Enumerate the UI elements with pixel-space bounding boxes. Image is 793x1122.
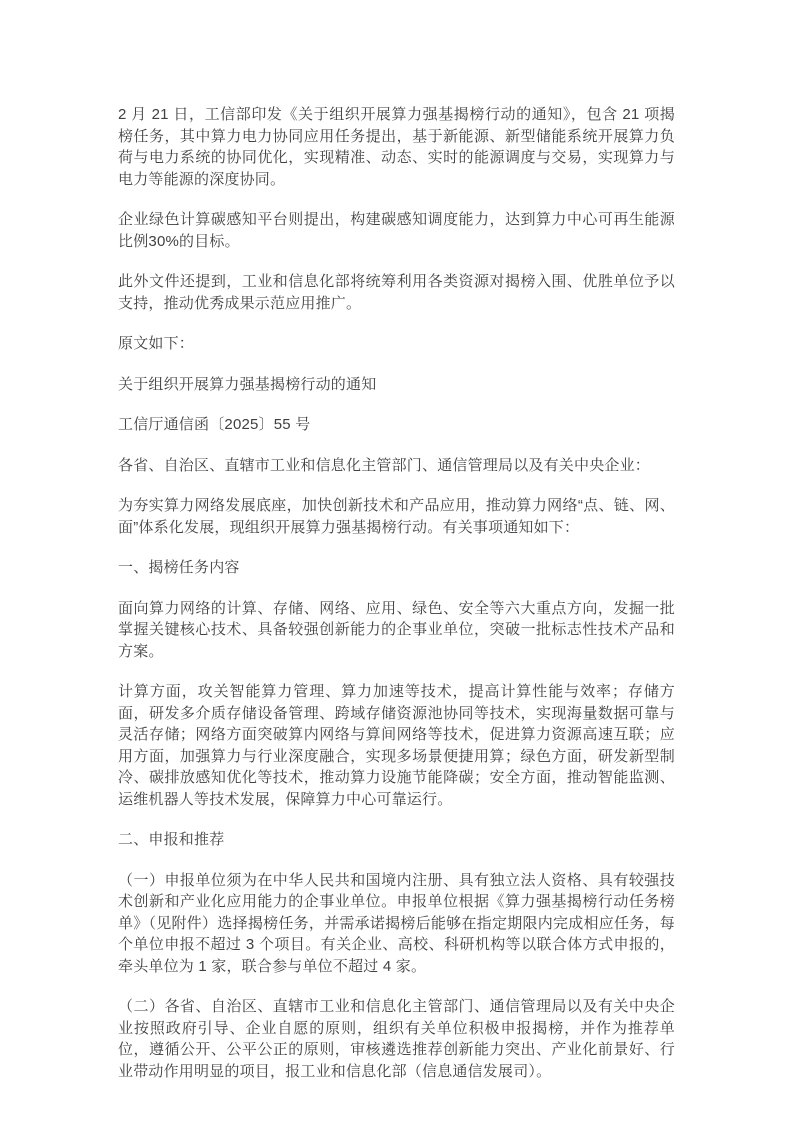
section-2-item-2: （二）各省、自治区、直辖市工业和信息化主管部门、通信管理局以及有关中央企业按照政… xyxy=(118,996,675,1082)
original-text-label: 原文如下： xyxy=(118,333,675,355)
section-1-paragraph-2: 计算方面，攻关智能算力管理、算力加速等技术，提高计算性能与效率；存储方面，研发多… xyxy=(118,681,675,810)
section-2-item-1: （一）申报单位须为在中华人民共和国境内注册、具有独立法人资格、具有较强技术创新和… xyxy=(118,870,675,978)
notice-title: 关于组织开展算力强基揭榜行动的通知 xyxy=(118,374,675,396)
article-body: 2 月 21 日，工信部印发《关于组织开展算力强基揭榜行动的通知》，包含 21 … xyxy=(118,0,675,1082)
section-2-heading: 二、申报和推荐 xyxy=(118,829,675,851)
news-intro-paragraph-1: 2 月 21 日，工信部印发《关于组织开展算力强基揭榜行动的通知》，包含 21 … xyxy=(118,104,675,190)
salutation: 各省、自治区、直辖市工业和信息化主管部门、通信管理局以及有关中央企业： xyxy=(118,455,675,477)
preamble-paragraph: 为夯实算力网络发展底座，加快创新技术和产品应用，推动算力网络“点、链、网、面”体… xyxy=(118,495,675,538)
document-number: 工信厅通信函〔2025〕55 号 xyxy=(118,414,675,436)
section-1-heading: 一、揭榜任务内容 xyxy=(118,557,675,579)
news-intro-paragraph-3: 此外文件还提到，工业和信息化部将统筹利用各类资源对揭榜入围、优胜单位予以支持，推… xyxy=(118,271,675,314)
section-1-paragraph-1: 面向算力网络的计算、存储、网络、应用、绿色、安全等六大重点方向，发掘一批掌握关键… xyxy=(118,598,675,663)
news-intro-paragraph-2: 企业绿色计算碳感知平台则提出，构建碳感知调度能力，达到算力中心可再生能源比例30… xyxy=(118,209,675,252)
